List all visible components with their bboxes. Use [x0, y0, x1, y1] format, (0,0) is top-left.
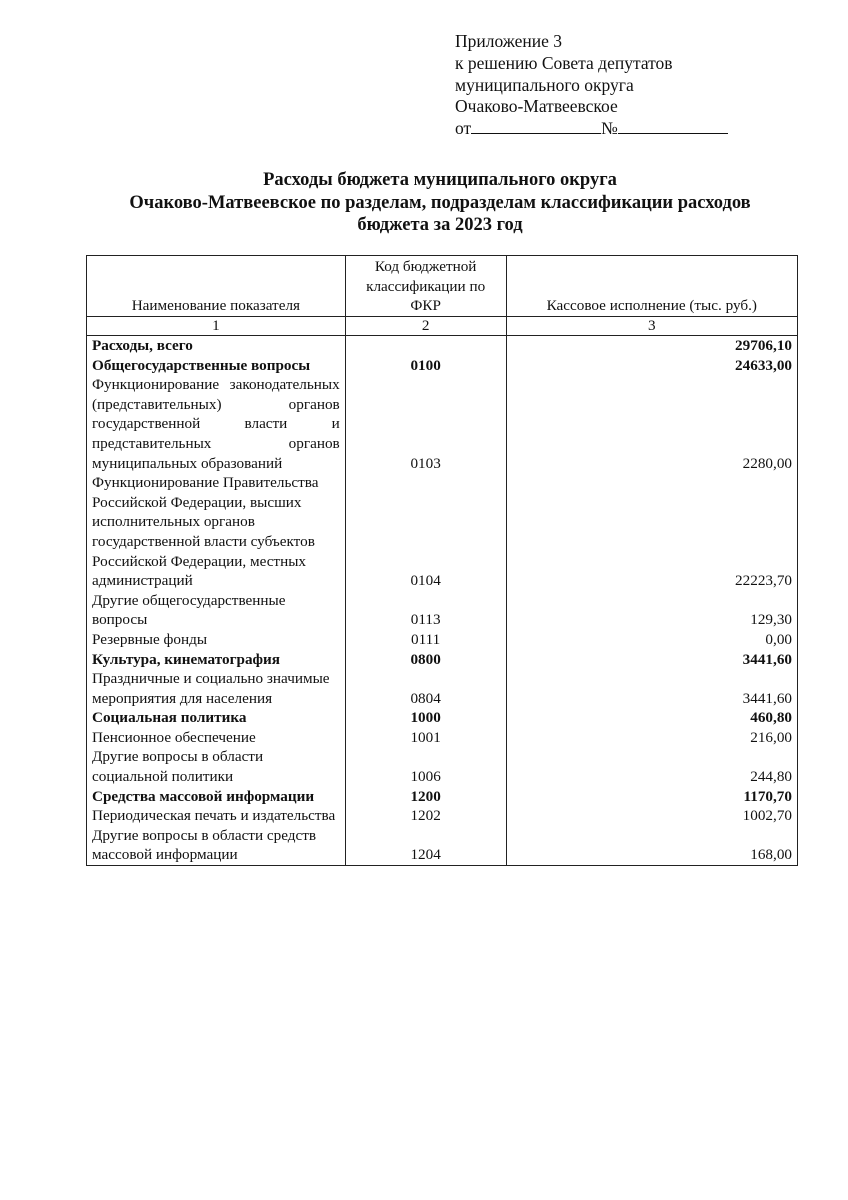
- table-row: Праздничные и социально значимые меропри…: [87, 669, 798, 708]
- attachment-line: муниципального округа: [455, 75, 728, 97]
- row-amount: 3441,60: [506, 650, 797, 670]
- row-name: Праздничные и социально значимые меропри…: [87, 669, 346, 708]
- attachment-line: Очаково-Матвеевское: [455, 96, 728, 118]
- number-sign: №: [601, 118, 618, 138]
- row-amount: 22223,70: [506, 473, 797, 591]
- row-amount: 2280,00: [506, 375, 797, 473]
- row-amount: 244,80: [506, 747, 797, 786]
- row-code: 0111: [345, 630, 506, 650]
- row-code: 1204: [345, 826, 506, 866]
- row-name: Периодическая печать и издательства: [87, 806, 346, 826]
- row-name: Общегосударственные вопросы: [87, 356, 346, 376]
- row-name: Функционирование Правительства Российско…: [87, 473, 346, 591]
- row-amount: 0,00: [506, 630, 797, 650]
- table-row: Функционирование Правительства Российско…: [87, 473, 798, 591]
- attachment-line: к решению Совета депутатов: [455, 53, 728, 75]
- row-name: Другие вопросы в области социальной поли…: [87, 747, 346, 786]
- table-row: Функционирование законодательных (предст…: [87, 375, 798, 473]
- row-amount: 1170,70: [506, 787, 797, 807]
- row-name: Другие общегосударственные вопросы: [87, 591, 346, 630]
- table-row: Расходы, всего29706,10: [87, 336, 798, 356]
- row-amount: 1002,70: [506, 806, 797, 826]
- row-name: Пенсионное обеспечение: [87, 728, 346, 748]
- table-row: Средства массовой информации12001170,70: [87, 787, 798, 807]
- title-line: бюджета за 2023 год: [60, 214, 820, 237]
- row-code: 1202: [345, 806, 506, 826]
- row-code: 1200: [345, 787, 506, 807]
- row-amount: 3441,60: [506, 669, 797, 708]
- table-row: Другие общегосударственные вопросы011312…: [87, 591, 798, 630]
- header-fkr-code: Код бюджетной классификации по ФКР: [345, 256, 506, 317]
- attachment-header: Приложение 3 к решению Совета депутатов …: [455, 31, 728, 140]
- row-amount: 29706,10: [506, 336, 797, 356]
- row-code: 1000: [345, 708, 506, 728]
- table-row: Периодическая печать и издательства12021…: [87, 806, 798, 826]
- row-code: 0800: [345, 650, 506, 670]
- row-amount: 216,00: [506, 728, 797, 748]
- column-number: 2: [345, 317, 506, 336]
- document-title: Расходы бюджета муниципального округа Оч…: [60, 169, 820, 237]
- table-row: Общегосударственные вопросы010024633,00: [87, 356, 798, 376]
- table-row: Социальная политика1000460,80: [87, 708, 798, 728]
- row-code: 0804: [345, 669, 506, 708]
- row-code: 0100: [345, 356, 506, 376]
- table-body: Расходы, всего29706,10Общегосударственны…: [87, 336, 798, 866]
- row-code: 0103: [345, 375, 506, 473]
- row-amount: 24633,00: [506, 356, 797, 376]
- table-row: Пенсионное обеспечение1001216,00: [87, 728, 798, 748]
- row-code: [345, 336, 506, 356]
- row-name: Функционирование законодательных (предст…: [87, 375, 346, 473]
- title-line: Расходы бюджета муниципального округа: [60, 169, 820, 192]
- row-name: Расходы, всего: [87, 336, 346, 356]
- row-amount: 460,80: [506, 708, 797, 728]
- header-indicator-name: Наименование показателя: [87, 256, 346, 317]
- row-name: Другие вопросы в области средств массово…: [87, 826, 346, 866]
- row-amount: 168,00: [506, 826, 797, 866]
- attachment-date-line: от№: [455, 118, 728, 140]
- header-cash-execution: Кассовое исполнение (тыс. руб.): [506, 256, 797, 317]
- table-row: Другие вопросы в области социальной поли…: [87, 747, 798, 786]
- row-name: Средства массовой информации: [87, 787, 346, 807]
- row-code: 1006: [345, 747, 506, 786]
- row-code: 1001: [345, 728, 506, 748]
- row-name: Резервные фонды: [87, 630, 346, 650]
- date-blank: [471, 119, 601, 134]
- row-code: 0104: [345, 473, 506, 591]
- table-row: Другие вопросы в области средств массово…: [87, 826, 798, 866]
- table-header-row: Наименование показателя Код бюджетной кл…: [87, 256, 798, 317]
- column-number: 1: [87, 317, 346, 336]
- title-line: Очаково-Матвеевское по разделам, подразд…: [60, 192, 820, 215]
- number-blank: [618, 119, 728, 134]
- attachment-line: Приложение 3: [455, 31, 728, 53]
- row-name: Культура, кинематография: [87, 650, 346, 670]
- row-name: Социальная политика: [87, 708, 346, 728]
- row-amount: 129,30: [506, 591, 797, 630]
- row-code: 0113: [345, 591, 506, 630]
- date-prefix: от: [455, 118, 471, 138]
- column-number-row: 1 2 3: [87, 317, 798, 336]
- expenses-table: Наименование показателя Код бюджетной кл…: [86, 255, 798, 866]
- table-row: Резервные фонды01110,00: [87, 630, 798, 650]
- table-row: Культура, кинематография08003441,60: [87, 650, 798, 670]
- column-number: 3: [506, 317, 797, 336]
